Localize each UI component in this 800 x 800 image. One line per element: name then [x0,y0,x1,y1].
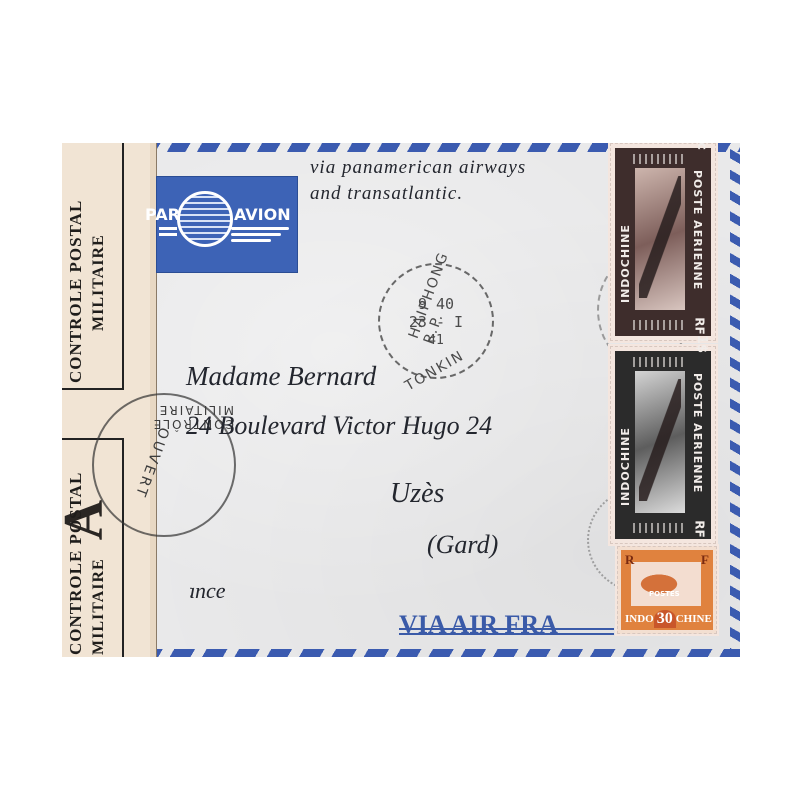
stamp-fret-border [633,523,687,533]
par-avion-label: PAR AVION [156,176,298,273]
censor-tape-top-line1: CONTROLE POSTAL [66,200,86,383]
stamp-airmail-1-piastre: INDOCHINE POSTE AERIENNE 1$ RF [610,346,716,544]
stamp-fret-border [633,357,687,367]
stamp-country-left: INDO [625,613,654,625]
postmark-time: 9 40 [380,295,492,313]
censor-tape-bottom-line2: MILITAIRE [90,558,108,655]
stamp-mark: RF [692,317,706,334]
stamp-inscription: POSTE AERIENNE [691,170,704,290]
stamp-fret-border [633,154,687,164]
wing-right-icon [231,233,281,236]
stamp-mark-left: R [625,552,634,568]
stamp-fret-border [633,320,687,330]
stamp-country: INDOCHINE [619,224,632,303]
stamp-airplane-picture [635,168,685,310]
stamp-bottom-band: INDO 30 CHINE [623,610,711,628]
routing-note-line2: and transatlantic. [310,183,463,205]
winged-globe-icon [177,191,233,247]
stamp-30c-orange: R F POSTES INDO 30 CHINE [617,546,717,634]
stamp-inscription: POSTE AERIENNE [691,373,704,493]
airmail-border-right [730,143,740,657]
stamp-mark: RF [692,520,706,537]
stamp-value: 60c [694,143,709,150]
postmark-date: 23 - I [380,313,492,331]
stamp-mark-right: F [701,552,709,568]
imprint-strikethrough [399,628,614,630]
wing-right-icon [231,239,271,242]
address-country: France [162,578,226,604]
imprint-strikethrough [399,633,614,635]
envelope: CONTROLE POSTAL MILITAIRE A CONTROLE POS… [62,143,740,657]
airmail-border-bottom [142,649,740,657]
stamp-value: 30 [654,610,676,628]
par-avion-left-text: PAR [145,205,180,224]
stamp-country-right: CHINE [676,613,712,625]
address-street: 24 Boulevard Victor Hugo 24 [186,411,492,441]
via-air-france-imprint: VIA AIR FRA [399,610,558,640]
wing-left-icon [159,233,177,236]
address-region: (Gard) [427,530,498,560]
address-name: Madame Bernard [186,361,376,392]
postmark-year: 41 [380,333,492,348]
airplane-icon [639,379,681,501]
stamp-value: 1$ [694,335,709,353]
censor-tape-bottom-line1: CONTROLE POSTAL [66,472,86,655]
routing-note-line1: via panamerican airways [310,157,526,179]
address-city: Uzès [390,478,444,510]
censor-handstamp-inner-text: OUVERT [131,425,172,501]
stamp-inscription: POSTES [649,590,680,598]
wing-left-icon [159,227,177,230]
stamp-country: INDOCHINE [619,427,632,506]
stamp-airmail-60c: INDOCHINE POSTE AERIENNE 60c RF [610,143,716,341]
postmark-place-bottom: TONKIN [402,348,467,395]
airplane-icon [639,176,681,298]
stamp-airplane-picture [635,371,685,513]
postmark-tonkin: HAIPHONG R.P. 9 40 23 - I 41 TONKIN [378,263,494,379]
par-avion-right-text: AVION [234,205,291,224]
wing-right-icon [231,227,289,230]
stamp-harvest-picture [631,562,701,606]
censor-tape-top-line2: MILITAIRE [90,234,108,331]
